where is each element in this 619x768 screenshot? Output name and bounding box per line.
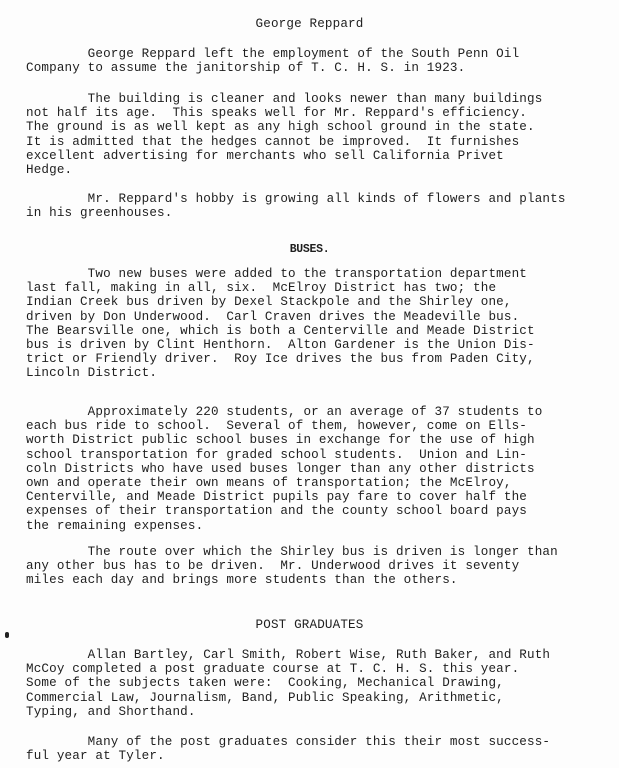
paragraph-post-graduates-year: Many of the post graduates consider this… xyxy=(26,735,611,763)
paragraph-buses-drivers: Two new buses were added to the transpor… xyxy=(26,267,611,381)
paragraph-reppard-employment: George Reppard left the employment of th… xyxy=(26,47,611,75)
paragraph-buses-students: Approximately 220 students, or an averag… xyxy=(26,405,611,533)
section-heading-buses: BUSES. xyxy=(0,243,619,257)
paragraph-reppard-building: The building is cleaner and looks newer … xyxy=(26,92,611,177)
paragraph-reppard-hobby: Mr. Reppard's hobby is growing all kinds… xyxy=(26,192,611,220)
paragraph-buses-shirley-route: The route over which the Shirley bus is … xyxy=(26,545,611,588)
paragraph-post-graduates-course: Allan Bartley, Carl Smith, Robert Wise, … xyxy=(26,648,611,719)
section-heading-post-graduates: POST GRADUATES xyxy=(0,618,619,632)
section-heading-george-reppard: George Reppard xyxy=(0,17,619,31)
typewritten-page: George Reppard George Reppard left the e… xyxy=(0,0,619,768)
ink-speck-mark xyxy=(5,632,9,638)
